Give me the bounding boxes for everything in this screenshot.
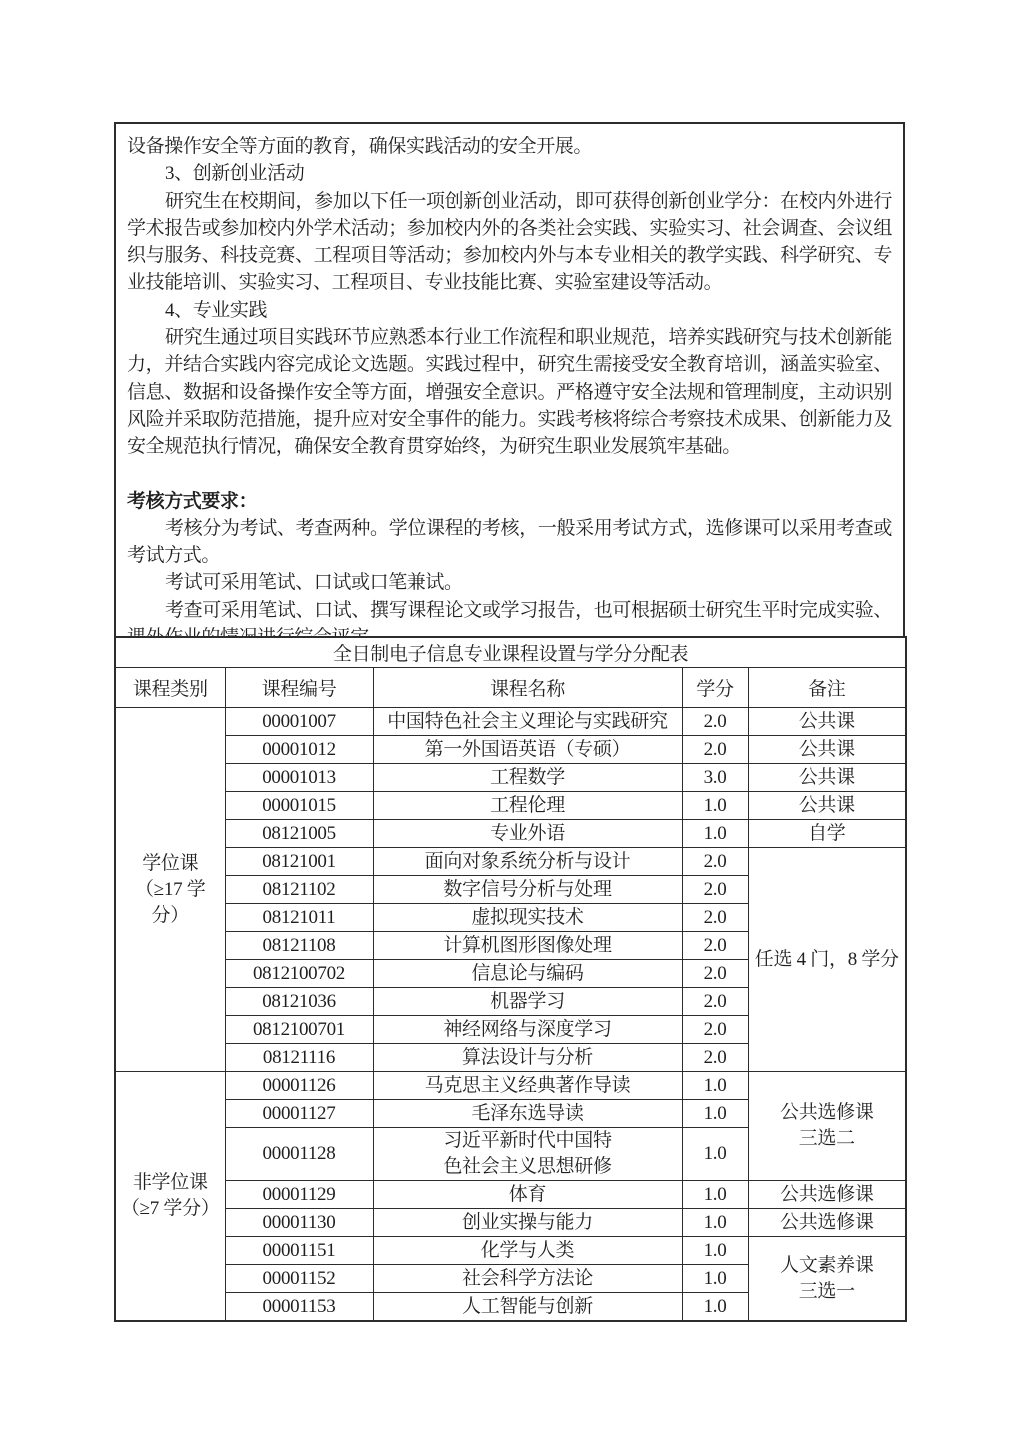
cell-credit: 2.0 <box>682 904 748 932</box>
cell-credit: 1.0 <box>682 1209 748 1237</box>
cell-course-code: 00001013 <box>225 764 373 792</box>
cell-note: 公共选修课三选二 <box>748 1072 906 1181</box>
column-header: 课程编号 <box>225 668 373 708</box>
cell-course-code: 08121102 <box>225 876 373 904</box>
cell-course-name: 中国特色社会主义理论与实践研究 <box>373 708 682 736</box>
cell-credit: 3.0 <box>682 764 748 792</box>
cell-course-code: 00001130 <box>225 1209 373 1237</box>
cell-course-name: 创业实操与能力 <box>373 1209 682 1237</box>
cell-course-name: 人工智能与创新 <box>373 1293 682 1322</box>
cell-course-code: 08121001 <box>225 848 373 876</box>
cell-credit: 1.0 <box>682 1128 748 1181</box>
cell-credit: 1.0 <box>682 1237 748 1265</box>
cell-course-code: 08121011 <box>225 904 373 932</box>
cell-course-name: 社会科学方法论 <box>373 1265 682 1293</box>
cell-course-category: 学位课（≥17 学分） <box>115 708 225 1072</box>
cell-credit: 2.0 <box>682 960 748 988</box>
cell-course-code: 00001126 <box>225 1072 373 1100</box>
cell-note: 公共选修课 <box>748 1209 906 1237</box>
cell-course-name: 神经网络与深度学习 <box>373 1016 682 1044</box>
cell-course-name: 面向对象系统分析与设计 <box>373 848 682 876</box>
cell-note: 公共课 <box>748 736 906 764</box>
table-row: 非学位课（≥7 学分）00001126马克思主义经典著作导读1.0公共选修课三选… <box>115 1072 906 1100</box>
cell-credit: 2.0 <box>682 876 748 904</box>
paragraph: 研究生在校期间，参加以下任一项创新创业活动，即可获得创新创业学分：在校内外进行学… <box>127 188 892 297</box>
cell-course-code: 08121005 <box>225 820 373 848</box>
table-row: 00001013工程数学3.0公共课 <box>115 764 906 792</box>
table-row: 学位课（≥17 学分）00001007中国特色社会主义理论与实践研究2.0公共课 <box>115 708 906 736</box>
cell-course-code: 08121116 <box>225 1044 373 1072</box>
paragraph: 考试可采用笔试、口试或口笔兼试。 <box>127 569 892 596</box>
cell-course-code: 00001128 <box>225 1128 373 1181</box>
paragraph: 研究生通过项目实践环节应熟悉本行业工作流程和职业规范，培养实践研究与技术创新能力… <box>127 324 892 460</box>
cell-course-name: 化学与人类 <box>373 1237 682 1265</box>
paragraph: 4、专业实践 <box>127 297 892 324</box>
cell-course-name: 第一外国语英语（专硕） <box>373 736 682 764</box>
cell-course-name: 机器学习 <box>373 988 682 1016</box>
table-row: 08121005专业外语1.0自学 <box>115 820 906 848</box>
paragraph: 考查可采用笔试、口试、撰写课程论文或学习报告，也可根据硕士研究生平时完成实验、课… <box>127 597 892 636</box>
course-credit-table: 全日制电子信息专业课程设置与学分分配表 课程类别课程编号课程名称学分备注 学位课… <box>114 636 907 1322</box>
table-row: 00001012第一外国语英语（专硕）2.0公共课 <box>115 736 906 764</box>
column-header: 课程名称 <box>373 668 682 708</box>
cell-course-code: 08121108 <box>225 932 373 960</box>
cell-course-name: 数字信号分析与处理 <box>373 876 682 904</box>
paragraph: 设备操作安全等方面的教育，确保实践活动的安全开展。 <box>127 133 892 160</box>
cell-course-name: 体育 <box>373 1181 682 1209</box>
cell-note: 公共选修课 <box>748 1181 906 1209</box>
body-text-section: 设备操作安全等方面的教育，确保实践活动的安全开展。3、创新创业活动研究生在校期间… <box>114 122 905 636</box>
column-header: 课程类别 <box>115 668 225 708</box>
cell-credit: 1.0 <box>682 1293 748 1322</box>
cell-note: 公共课 <box>748 708 906 736</box>
cell-course-code: 00001152 <box>225 1265 373 1293</box>
cell-course-code: 00001129 <box>225 1181 373 1209</box>
cell-credit: 1.0 <box>682 820 748 848</box>
paragraph: 考核分为考试、考查两种。学位课程的考核，一般采用考试方式，选修课可以采用考查或考… <box>127 515 892 570</box>
cell-course-name: 专业外语 <box>373 820 682 848</box>
cell-course-name: 习近平新时代中国特色社会主义思想研修 <box>373 1128 682 1181</box>
table-row: 08121001面向对象系统分析与设计2.0任选 4 门，8 学分 <box>115 848 906 876</box>
cell-course-name: 算法设计与分析 <box>373 1044 682 1072</box>
cell-credit: 1.0 <box>682 792 748 820</box>
cell-course-name: 毛泽东选导读 <box>373 1100 682 1128</box>
cell-credit: 1.0 <box>682 1181 748 1209</box>
cell-credit: 1.0 <box>682 1072 748 1100</box>
cell-course-name: 信息论与编码 <box>373 960 682 988</box>
table-title-row: 全日制电子信息专业课程设置与学分分配表 <box>115 637 906 668</box>
cell-course-code: 00001015 <box>225 792 373 820</box>
cell-credit: 2.0 <box>682 932 748 960</box>
cell-note: 自学 <box>748 820 906 848</box>
cell-note: 公共课 <box>748 764 906 792</box>
table-row: 00001130创业实操与能力1.0公共选修课 <box>115 1209 906 1237</box>
table-row: 00001015工程伦理1.0公共课 <box>115 792 906 820</box>
table-title: 全日制电子信息专业课程设置与学分分配表 <box>115 637 906 668</box>
document-page: 设备操作安全等方面的教育，确保实践活动的安全开展。3、创新创业活动研究生在校期间… <box>114 122 905 1322</box>
column-header: 学分 <box>682 668 748 708</box>
cell-course-code: 00001151 <box>225 1237 373 1265</box>
cell-course-name: 马克思主义经典著作导读 <box>373 1072 682 1100</box>
cell-credit: 2.0 <box>682 1044 748 1072</box>
cell-course-code: 00001153 <box>225 1293 373 1322</box>
cell-course-code: 00001127 <box>225 1100 373 1128</box>
cell-course-code: 0812100701 <box>225 1016 373 1044</box>
table-row: 00001129体育1.0公共选修课 <box>115 1181 906 1209</box>
cell-note: 任选 4 门，8 学分 <box>748 848 906 1072</box>
column-header: 备注 <box>748 668 906 708</box>
cell-credit: 2.0 <box>682 848 748 876</box>
cell-credit: 2.0 <box>682 708 748 736</box>
cell-course-code: 00001007 <box>225 708 373 736</box>
cell-credit: 2.0 <box>682 736 748 764</box>
cell-course-name: 计算机图形图像处理 <box>373 932 682 960</box>
cell-course-name: 虚拟现实技术 <box>373 904 682 932</box>
cell-credit: 2.0 <box>682 1016 748 1044</box>
cell-credit: 2.0 <box>682 988 748 1016</box>
cell-note: 公共课 <box>748 792 906 820</box>
table-row: 00001151化学与人类1.0人文素养课三选一 <box>115 1237 906 1265</box>
cell-credit: 1.0 <box>682 1100 748 1128</box>
cell-note: 人文素养课三选一 <box>748 1237 906 1322</box>
cell-course-name: 工程伦理 <box>373 792 682 820</box>
cell-course-category: 非学位课（≥7 学分） <box>115 1072 225 1322</box>
cell-course-code: 08121036 <box>225 988 373 1016</box>
cell-course-code: 0812100702 <box>225 960 373 988</box>
table-header-row: 课程类别课程编号课程名称学分备注 <box>115 668 906 708</box>
cell-course-code: 00001012 <box>225 736 373 764</box>
section-heading: 考核方式要求： <box>127 488 892 515</box>
cell-credit: 1.0 <box>682 1265 748 1293</box>
paragraph: 3、创新创业活动 <box>127 160 892 187</box>
cell-course-name: 工程数学 <box>373 764 682 792</box>
